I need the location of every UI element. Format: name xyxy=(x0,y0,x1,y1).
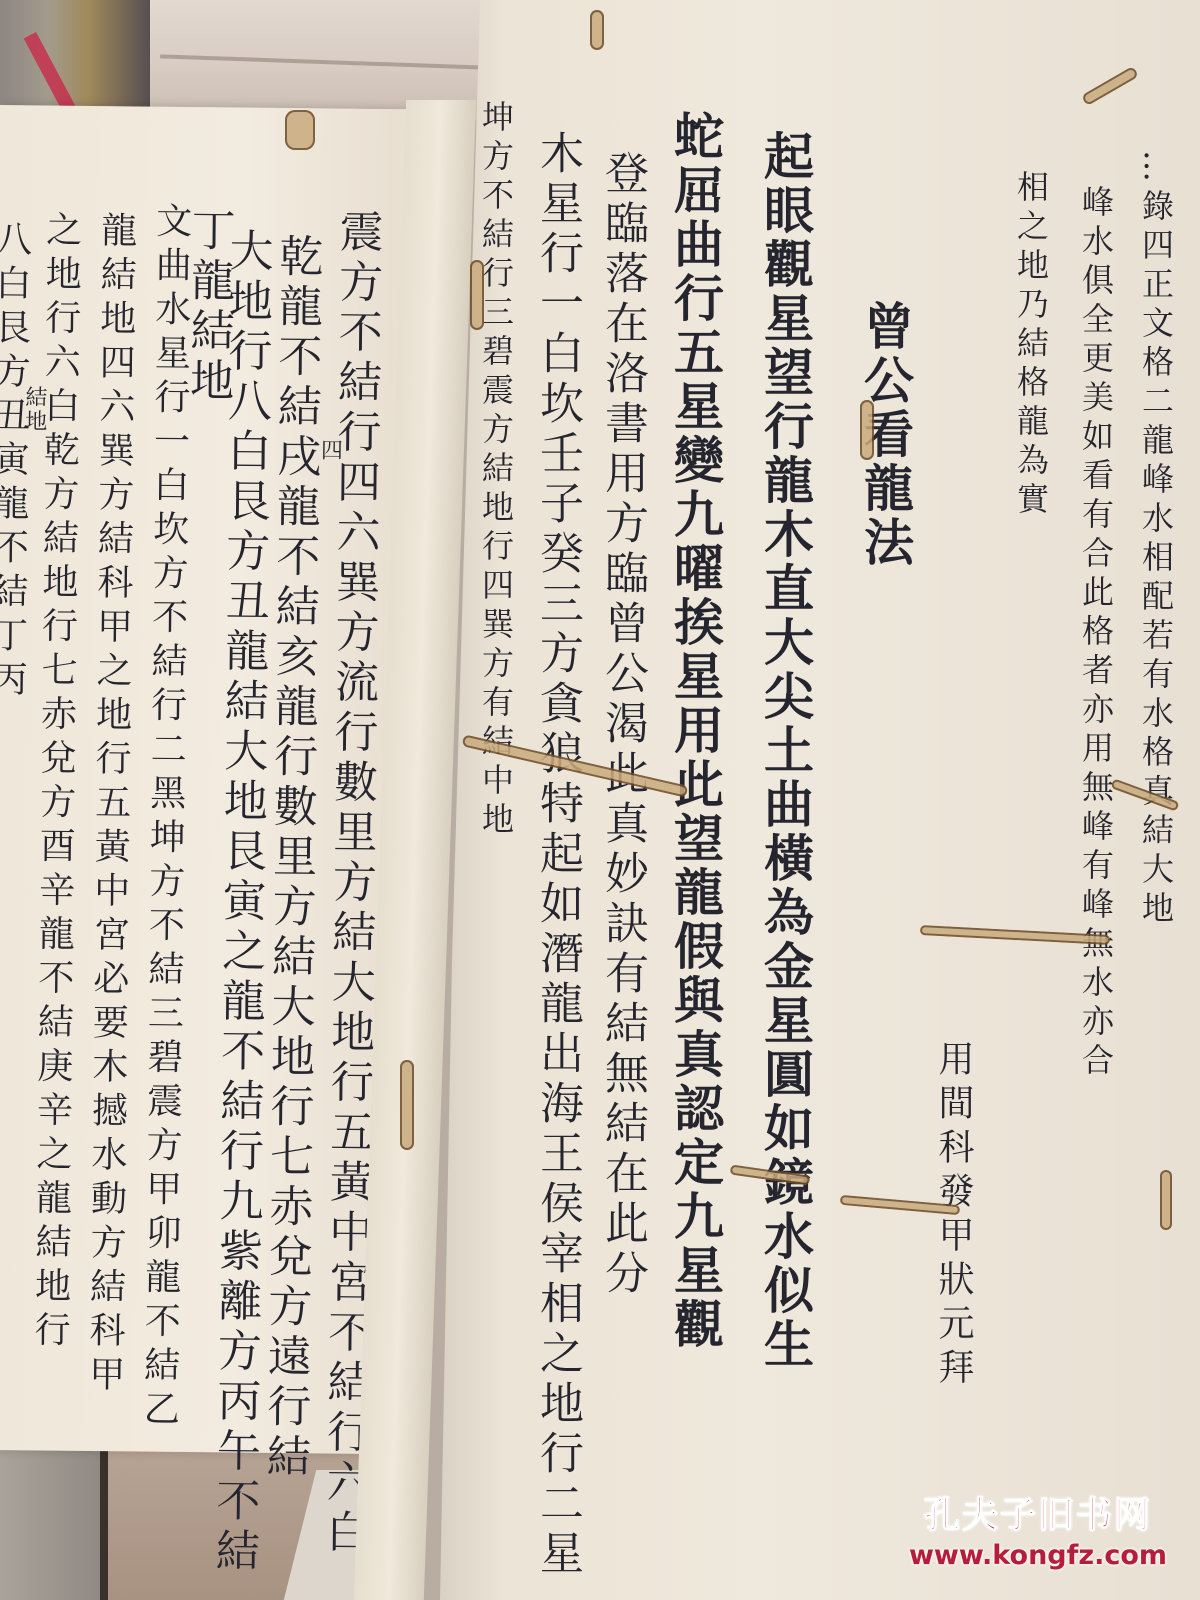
inline-note: 結地 xyxy=(23,385,46,433)
wormhole xyxy=(470,260,484,330)
book-stack-background xyxy=(0,0,160,110)
right-column-5: 起眼觀星望行龍木直大尖土曲橫為金星圓如鏡水似生 xyxy=(760,130,810,1372)
right-column-6: 蛇屈曲行五星變九曜挨星用此望龍假與真認定九星觀 xyxy=(670,110,720,1352)
right-column-3: 相之地乃結格龍為實 xyxy=(1015,170,1047,521)
page-number: 四 xyxy=(318,438,340,462)
side-annotation: 用間科發甲狀元拜 xyxy=(935,1040,971,1392)
watermark-title: 孔夫子旧书网 xyxy=(888,1487,1188,1538)
wormhole xyxy=(1160,1170,1172,1230)
wormhole xyxy=(400,1060,414,1150)
wormhole xyxy=(860,400,874,460)
left-column-4: 丁龍結地 xyxy=(185,207,231,407)
right-column-2: 峰水俱全更美如看有合此格者亦用無峰有峰無水亦合 xyxy=(1080,185,1112,1082)
left-column-3: 大地行八白艮方丑龍結大地艮寅之龍不結行九紫離方丙午不結 xyxy=(211,227,269,1577)
left-column-6: 龍結地四六巽方結科甲之地行五黃中宮必要木撼水動方結科甲 xyxy=(85,211,133,1399)
left-column-8: 八白艮方丑寅龍不結丁丙… xyxy=(0,220,29,748)
watermark: 孔夫子旧书网 www.kongfz.com xyxy=(888,1487,1188,1571)
manuscript-photo: 震方不結行四六巽方流行數里方結大地行五黃中宮不結行六白 乾龍不結戌龍不結亥龍行數… xyxy=(0,0,1200,1600)
right-column-1: …錄四正文格二龍峰水相配若有水格真結大地 xyxy=(1140,150,1172,930)
right-column-7: 登臨落在洛書用方臨曾公渴此真妙訣有結無結在此分 xyxy=(600,150,644,1300)
right-column-9: 坤方不結行三碧震方結地行四巽方有結中地 xyxy=(480,100,512,841)
right-column-8: 木星行一白坎壬子癸三方貪狼特起如潛龍出海王侯宰相之地行二星 xyxy=(535,130,579,1580)
right-page: …錄四正文格二龍峰水相配若有水格真結大地 峰水俱全更美如看有合此格者亦用無峰有峰… xyxy=(440,0,1200,1600)
left-page: 震方不結行四六巽方流行數里方結大地行五黃中宮不結行六白 乾龍不結戌龍不結亥龍行數… xyxy=(0,105,410,1454)
left-column-7: 之地行六白乾方結地行七赤兌方酉辛龍不結庚辛之龍結地行 xyxy=(31,210,79,1354)
watermark-url: www.kongfz.com xyxy=(888,1540,1188,1571)
wormhole xyxy=(285,110,315,150)
left-column-5: 文曲水星行一白坎方不結行二黑坤方不結三碧震方甲卯龍不結乙 xyxy=(140,202,189,1434)
wormhole xyxy=(590,10,604,50)
